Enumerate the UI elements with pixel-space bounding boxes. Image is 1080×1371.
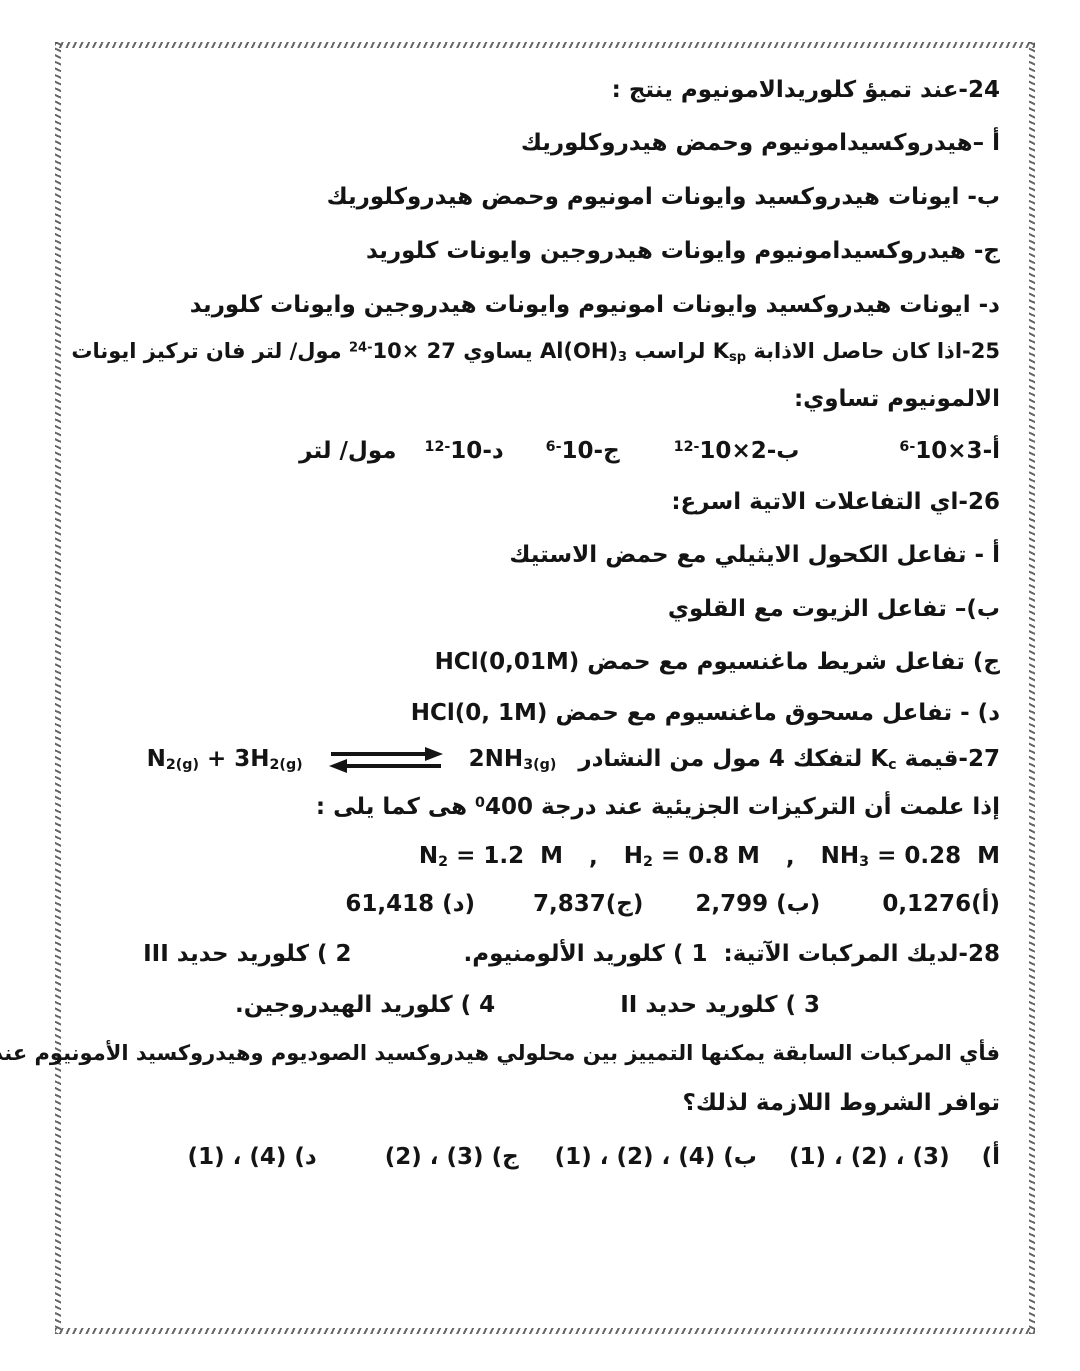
q25-unit-label: مول/ لتر — [299, 438, 396, 464]
q24-option-c-text: ج- هيدروكسيدامونيوم وايونات هيدروجين واي… — [366, 238, 1000, 264]
q24-option-a-text: أ –هيدروكسيدامونيوم وحمض هيدروكلوريك — [521, 130, 1000, 156]
q27-product-formula: N2(g) + 3H2(g) — [147, 746, 303, 773]
q28-compound-2: 2 ) كلوريد حديد III — [143, 941, 351, 967]
q25-option-c: ج-10-6 — [546, 438, 620, 464]
q26-option-c-text: ج) تفاعل شريط ماغنسيوم مع حمض HCl(0,01M) — [435, 649, 1000, 675]
q27-answer-a: (أ)0,1276 — [882, 891, 1000, 917]
q27-equation-line: 27-قيمة Kc لتفكك 4 مول من النشادر 2NH3(g… — [74, 738, 1000, 782]
q28-option-d: د) (4) ، (1) — [188, 1144, 317, 1170]
q25-stem-line1: 25-اذا كان حاصل الاذابة Ksp لراسب Al(OH)… — [74, 332, 1000, 372]
exam-page: 24-عند تميؤ كلوريدالامونيوم ينتج : أ –هي… — [0, 0, 1080, 1371]
q28-body-line1-text: فأي المركبات السابقة يمكنها التمييز بين … — [0, 1041, 1000, 1065]
q27-reactant-formula: 2NH3(g) — [469, 746, 557, 773]
q27-concentration-nh3: NH3 = 0.28 M — [821, 843, 1000, 870]
q28-compound-4: 4 ) كلوريد الهيدروجين. — [235, 992, 495, 1018]
q28-option-a: أ) (3) ، (2) ، (1) — [789, 1144, 1000, 1170]
q25-option-a: أ-3×10-6 — [899, 438, 1000, 464]
q28-option-c: ج) (3) ، (2) — [385, 1144, 519, 1170]
q25-option-b: ب-2×10-12 — [674, 438, 800, 464]
q28-body-line2-text: توافر الشروط اللازمة لذلك؟ — [683, 1090, 1000, 1116]
equilibrium-arrows-icon — [327, 746, 445, 774]
q28-compounds-line1: 28-لديك المركبات الآتية: 1 ) كلوريد الأل… — [74, 926, 1000, 982]
q27-stem-line2-text: إذا علمت أن التركيزات الجزيئية عند درجة … — [316, 794, 1000, 820]
q25-option-d: د-10-12 — [425, 438, 504, 464]
q24-stem: 24-عند تميؤ كلوريدالامونيوم ينتج : — [74, 64, 1000, 116]
q28-body-line2: توافر الشروط اللازمة لذلك؟ — [74, 1078, 1000, 1128]
q24-option-d: د- ايونات هيدروكسيد وايونات امونيوم وايو… — [74, 278, 1000, 332]
q24-option-a: أ –هيدروكسيدامونيوم وحمض هيدروكلوريك — [74, 116, 1000, 170]
q27-answer-b: (ب) 2,799 — [695, 891, 820, 917]
q24-option-b: ب- ايونات هيدروكسيد وايونات امونيوم وحمض… — [74, 170, 1000, 224]
q26-stem-text: 26-اي التفاعلات الاتية اسرع: — [671, 489, 1000, 515]
comma-separator: , — [786, 844, 795, 870]
q25-stem-line2: الالمونيوم تساوي: — [74, 372, 1000, 426]
q26-option-b-text: ب)– تفاعل الزيوت مع القلوي — [668, 596, 1000, 622]
q27-answer-d: (د) 61,418 — [345, 891, 475, 917]
q27-answer-c: (ج)7,837 — [533, 891, 643, 917]
q25-stem-line1-text: 25-اذا كان حاصل الاذابة Ksp لراسب Al(OH)… — [71, 339, 1000, 365]
q24-option-d-text: د- ايونات هيدروكسيد وايونات امونيوم وايو… — [190, 292, 1000, 318]
q26-stem: 26-اي التفاعلات الاتية اسرع: — [74, 476, 1000, 528]
q26-option-d-text: د) - تفاعل مسحوق ماغنسيوم مع حمض HCl(0, … — [411, 700, 1000, 726]
frame-bottom-border — [55, 1328, 1035, 1334]
q28-compound-3: 3 ) كلوريد حديد II — [620, 992, 820, 1018]
q27-stem-line2: إذا علمت أن التركيزات الجزيئية عند درجة … — [74, 782, 1000, 832]
q24-stem-text: 24-عند تميؤ كلوريدالامونيوم ينتج : — [612, 77, 1000, 103]
q25-options-row: أ-3×10-6 ب-2×10-12 ج-10-6 د-10-12 مول/ ل… — [74, 426, 1000, 476]
q24-option-c: ج- هيدروكسيدامونيوم وايونات هيدروجين واي… — [74, 224, 1000, 278]
q28-options-row: أ) (3) ، (2) ، (1) ب) (4) ، (2) ، (1) ج)… — [74, 1128, 1000, 1186]
q27-answers-row: (أ)0,1276 (ب) 2,799 (ج)7,837 (د) 61,418 — [74, 882, 1000, 926]
frame-right-border — [1029, 42, 1035, 1334]
q26-option-b: ب)– تفاعل الزيوت مع القلوي — [74, 582, 1000, 636]
q28-option-b: ب) (4) ، (2) ، (1) — [555, 1144, 757, 1170]
q26-option-a: أ - تفاعل الكحول الايثيلي مع حمض الاستيك — [74, 528, 1000, 582]
q28-body-line1: فأي المركبات السابقة يمكنها التمييز بين … — [74, 1028, 1000, 1078]
comma-separator: , — [589, 844, 598, 870]
exam-content: 24-عند تميؤ كلوريدالامونيوم ينتج : أ –هي… — [62, 44, 1024, 1186]
q27-stem-text: 27-قيمة Kc لتفكك 4 مول من النشادر — [578, 746, 1000, 773]
q27-concentration-h2: H2 = 0.8 M — [624, 843, 760, 870]
q25-stem-line2-text: الالمونيوم تساوي: — [794, 386, 1000, 412]
q26-option-a-text: أ - تفاعل الكحول الايثيلي مع حمض الاستيك — [509, 542, 1000, 568]
q28-compound-1: 28-لديك المركبات الآتية: 1 ) كلوريد الأل… — [463, 941, 1000, 967]
q27-concentrations-row: NH3 = 0.28 M , H2 = 0.8 M , N2 = 1.2 M — [74, 832, 1000, 882]
q27-concentration-n2: N2 = 1.2 M — [419, 843, 563, 870]
q26-option-d: د) - تفاعل مسحوق ماغنسيوم مع حمض HCl(0, … — [74, 688, 1000, 738]
q24-option-b-text: ب- ايونات هيدروكسيد وايونات امونيوم وحمض… — [327, 184, 1000, 210]
q28-compounds-line2: 3 ) كلوريد حديد II 4 ) كلوريد الهيدروجين… — [74, 982, 1000, 1028]
frame-left-border — [55, 42, 61, 1334]
q26-option-c: ج) تفاعل شريط ماغنسيوم مع حمض HCl(0,01M) — [74, 636, 1000, 688]
